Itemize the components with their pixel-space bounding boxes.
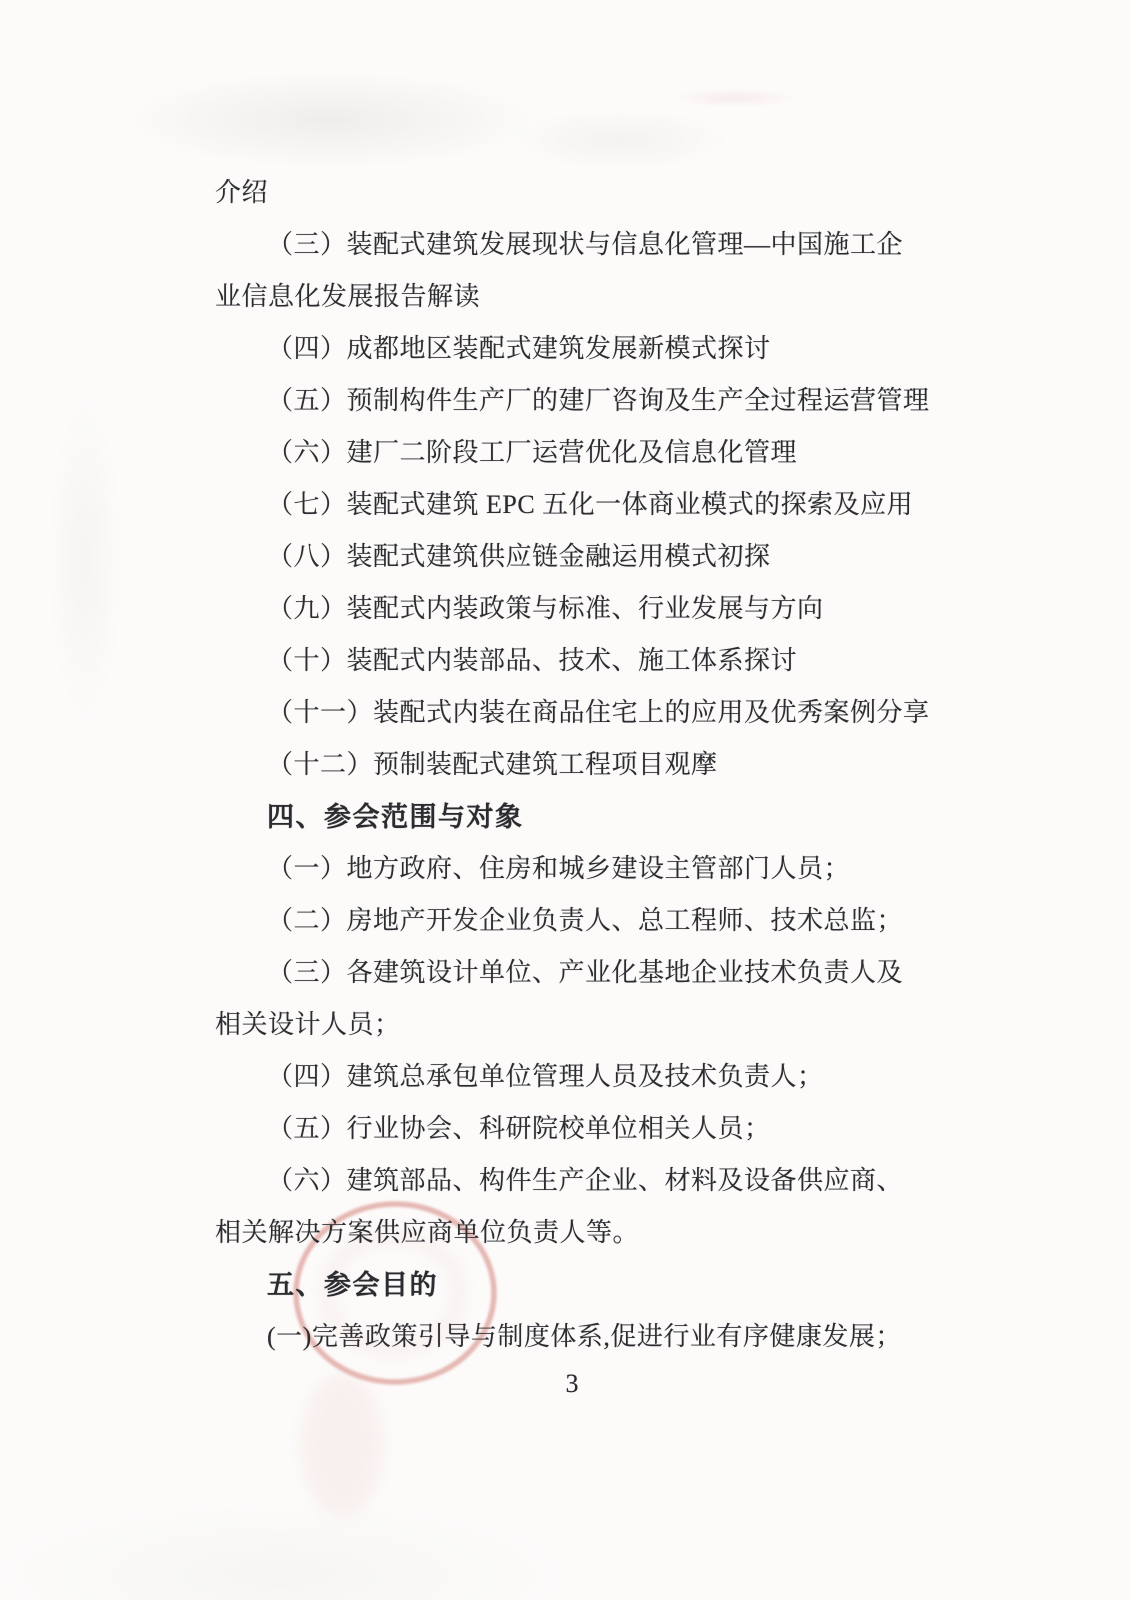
doc-line: （五）行业协会、科研院校单位相关人员； bbox=[215, 1103, 929, 1155]
doc-line: （六）建厂二阶段工厂运营优化及信息化管理 bbox=[215, 427, 929, 479]
document-body: 介绍 （三）装配式建筑发展现状与信息化管理—中国施工企 业信息化发展报告解读 （… bbox=[215, 167, 929, 1363]
doc-line: （五）预制构件生产厂的建厂咨询及生产全过程运营管理 bbox=[215, 375, 929, 427]
doc-line: （四）建筑总承包单位管理人员及技术负责人； bbox=[215, 1051, 929, 1103]
scanned-document-page: 介绍 （三）装配式建筑发展现状与信息化管理—中国施工企 业信息化发展报告解读 （… bbox=[0, 0, 1131, 1600]
doc-line: （十一）装配式内装在商品住宅上的应用及优秀案例分享 bbox=[215, 687, 929, 739]
doc-line: （一）地方政府、住房和城乡建设主管部门人员； bbox=[215, 843, 929, 895]
doc-line: （十二）预制装配式建筑工程项目观摩 bbox=[215, 739, 929, 791]
section-heading-4: 四、参会范围与对象 bbox=[215, 791, 929, 843]
section-heading-5: 五、参会目的 bbox=[215, 1259, 929, 1311]
page-number: 3 bbox=[215, 1358, 929, 1410]
doc-line: （九）装配式内装政策与标准、行业发展与方向 bbox=[215, 583, 929, 635]
doc-line: （八）装配式建筑供应链金融运用模式初探 bbox=[215, 531, 929, 583]
doc-line: （二）房地产开发企业负责人、总工程师、技术总监； bbox=[215, 895, 929, 947]
doc-line: （七）装配式建筑 EPC 五化一体商业模式的探索及应用 bbox=[215, 479, 929, 531]
doc-line: 业信息化发展报告解读 bbox=[215, 271, 929, 323]
doc-line: （十）装配式内装部品、技术、施工体系探讨 bbox=[215, 635, 929, 687]
doc-line: 相关解决方案供应商单位负责人等。 bbox=[215, 1207, 929, 1259]
doc-line: （四）成都地区装配式建筑发展新模式探讨 bbox=[215, 323, 929, 375]
doc-line: 介绍 bbox=[215, 167, 929, 219]
doc-line: （三）装配式建筑发展现状与信息化管理—中国施工企 bbox=[215, 219, 929, 271]
doc-line: 相关设计人员； bbox=[215, 999, 929, 1051]
doc-line: （三）各建筑设计单位、产业化基地企业技术负责人及 bbox=[215, 947, 929, 999]
doc-line: (一)完善政策引导与制度体系,促进行业有序健康发展； bbox=[215, 1311, 929, 1363]
doc-line: （六）建筑部品、构件生产企业、材料及设备供应商、 bbox=[215, 1155, 929, 1207]
